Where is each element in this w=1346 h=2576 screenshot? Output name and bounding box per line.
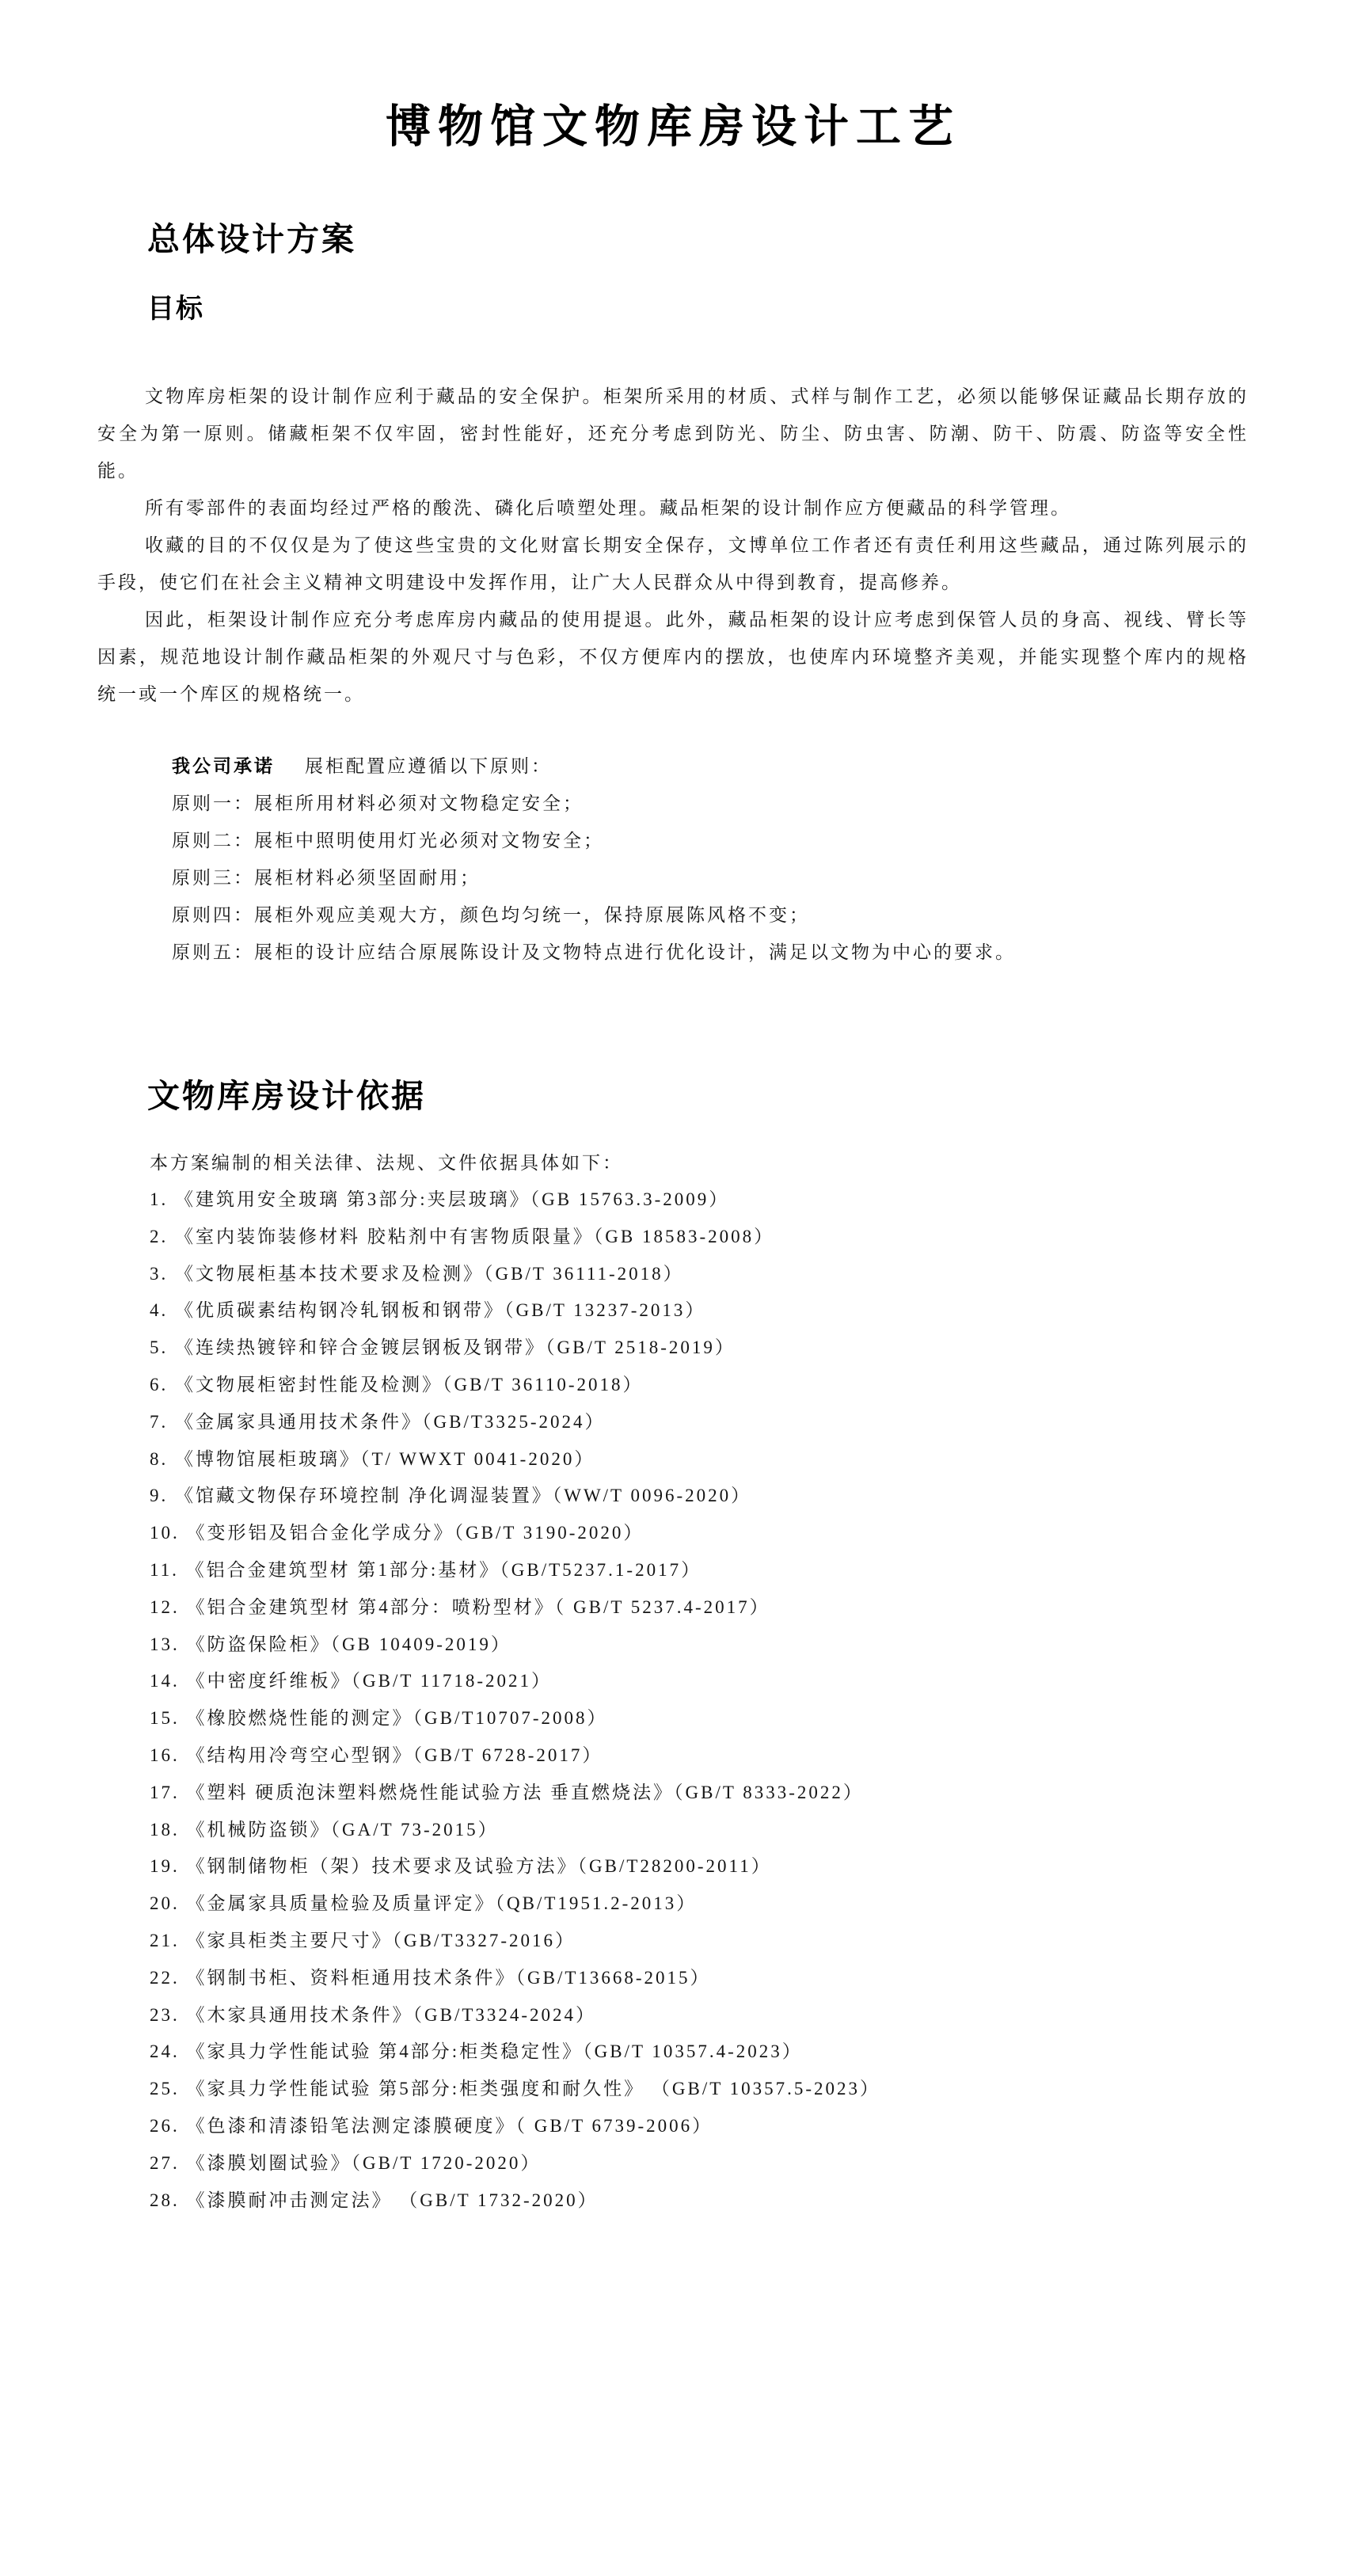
body-paragraph: 因此，柜架设计制作应充分考虑库房内藏品的使用提退。此外，藏品柜架的设计应考虑到保… xyxy=(97,601,1249,713)
reference-item: 25. 《家具力学性能试验 第5部分:柜类强度和耐久性》 （GB/T 10357… xyxy=(150,2071,1346,2108)
subsection-heading-goal: 目标 xyxy=(147,295,1346,322)
principle-line: 原则二：展柜中照明使用灯光必须对文物安全； xyxy=(172,822,1346,859)
principle-line: 原则一：展柜所用材料必须对文物稳定安全； xyxy=(172,785,1346,822)
reference-item: 19. 《钢制储物柜（架）技术要求及试验方法》（GB/T28200-2011） xyxy=(150,1848,1346,1885)
reference-item: 22. 《钢制书柜、资料柜通用技术条件》（GB/T13668-2015） xyxy=(150,1960,1346,1997)
reference-item: 18. 《机械防盗锁》（GA/T 73-2015） xyxy=(150,1812,1346,1849)
reference-item: 21. 《家具柜类主要尺寸》（GB/T3327-2016） xyxy=(150,1923,1346,1960)
reference-item: 28. 《漆膜耐冲击测定法》 （GB/T 1732-2020） xyxy=(150,2182,1346,2220)
reference-item: 12. 《铝合金建筑型材 第4部分：喷粉型材》（ GB/T 5237.4-201… xyxy=(150,1589,1346,1627)
reference-list: 1. 《建筑用安全玻璃 第3部分:夹层玻璃》（GB 15763.3-2009）2… xyxy=(150,1181,1346,2219)
document: 博物馆文物库房设计工艺 总体设计方案 目标 文物库房柜架的设计制作应利于藏品的安… xyxy=(0,105,1346,2219)
section-heading-overall-design: 总体设计方案 xyxy=(147,223,1346,256)
reference-item: 6. 《文物展柜密封性能及检测》（GB/T 36110-2018） xyxy=(150,1367,1346,1404)
reference-item: 14. 《中密度纤维板》（GB/T 11718-2021） xyxy=(150,1663,1346,1700)
body-paragraph: 所有零部件的表面均经过严格的酸洗、磷化后喷塑处理。藏品柜架的设计制作应方便藏品的… xyxy=(97,489,1249,527)
reference-item: 15. 《橡胶燃烧性能的测定》（GB/T10707-2008） xyxy=(150,1700,1346,1737)
page-title: 博物馆文物库房设计工艺 xyxy=(0,105,1346,150)
promise-block: 我公司承诺展柜配置应遵循以下原则： 原则一：展柜所用材料必须对文物稳定安全；原则… xyxy=(172,748,1346,971)
reference-item: 1. 《建筑用安全玻璃 第3部分:夹层玻璃》（GB 15763.3-2009） xyxy=(150,1181,1346,1219)
principle-line: 原则三：展柜材料必须坚固耐用； xyxy=(172,859,1346,896)
reference-item: 9. 《馆藏文物保存环境控制 净化调湿装置》（WW/T 0096-2020） xyxy=(150,1478,1346,1515)
promise-lead-line: 我公司承诺展柜配置应遵循以下原则： xyxy=(172,748,1346,785)
promise-lead-bold: 我公司承诺 xyxy=(172,756,275,776)
reference-item: 5. 《连续热镀锌和锌合金镀层钢板及钢带》（GB/T 2518-2019） xyxy=(150,1330,1346,1367)
body-paragraph: 收藏的目的不仅仅是为了使这些宝贵的文化财富长期安全保存，文博单位工作者还有责任利… xyxy=(97,527,1249,601)
reference-item: 3. 《文物展柜基本技术要求及检测》（GB/T 36111-2018） xyxy=(150,1256,1346,1293)
basis-intro-line: 本方案编制的相关法律、法规、文件依据具体如下： xyxy=(150,1144,1346,1181)
body-paragraph: 文物库房柜架的设计制作应利于藏品的安全保护。柜架所采用的材质、式样与制作工艺，必… xyxy=(97,378,1249,489)
reference-item: 10. 《变形铝及铝合金化学成分》（GB/T 3190-2020） xyxy=(150,1515,1346,1552)
principle-line: 原则四：展柜外观应美观大方，颜色均匀统一，保持原展陈风格不变； xyxy=(172,896,1346,934)
promise-lead-rest: 展柜配置应遵循以下原则： xyxy=(275,756,552,776)
reference-item: 17. 《塑料 硬质泡沫塑料燃烧性能试验方法 垂直燃烧法》（GB/T 8333-… xyxy=(150,1775,1346,1812)
reference-item: 26. 《色漆和清漆铅笔法测定漆膜硬度》（ GB/T 6739-2006） xyxy=(150,2108,1346,2145)
reference-item: 7. 《金属家具通用技术条件》（GB/T3325-2024） xyxy=(150,1404,1346,1441)
reference-item: 27. 《漆膜划圈试验》（GB/T 1720-2020） xyxy=(150,2145,1346,2182)
reference-item: 2. 《室内装饰装修材料 胶粘剂中有害物质限量》（GB 18583-2008） xyxy=(150,1219,1346,1256)
reference-item: 13. 《防盗保险柜》（GB 10409-2019） xyxy=(150,1627,1346,1664)
reference-item: 24. 《家具力学性能试验 第4部分:柜类稳定性》（GB/T 10357.4-2… xyxy=(150,2034,1346,2071)
section-heading-design-basis: 文物库房设计依据 xyxy=(147,1080,1346,1113)
reference-item: 11. 《铝合金建筑型材 第1部分:基材》（GB/T5237.1-2017） xyxy=(150,1552,1346,1589)
goal-paragraphs: 文物库房柜架的设计制作应利于藏品的安全保护。柜架所采用的材质、式样与制作工艺，必… xyxy=(97,378,1249,713)
principle-line: 原则五：展柜的设计应结合原展陈设计及文物特点进行优化设计，满足以文物为中心的要求… xyxy=(172,934,1346,971)
reference-item: 23. 《木家具通用技术条件》（GB/T3324-2024） xyxy=(150,1997,1346,2034)
reference-item: 20. 《金属家具质量检验及质量评定》（QB/T1951.2-2013） xyxy=(150,1885,1346,1923)
document-page: { "title": "博物馆文物库房设计工艺", "overall": { "… xyxy=(0,0,1346,2576)
reference-item: 4. 《优质碳素结构钢冷轧钢板和钢带》（GB/T 13237-2013） xyxy=(150,1292,1346,1330)
principle-list: 原则一：展柜所用材料必须对文物稳定安全；原则二：展柜中照明使用灯光必须对文物安全… xyxy=(172,785,1346,971)
reference-item: 16. 《结构用冷弯空心型钢》（GB/T 6728-2017） xyxy=(150,1737,1346,1775)
reference-item: 8. 《博物馆展柜玻璃》（T/ WWXT 0041-2020） xyxy=(150,1441,1346,1478)
